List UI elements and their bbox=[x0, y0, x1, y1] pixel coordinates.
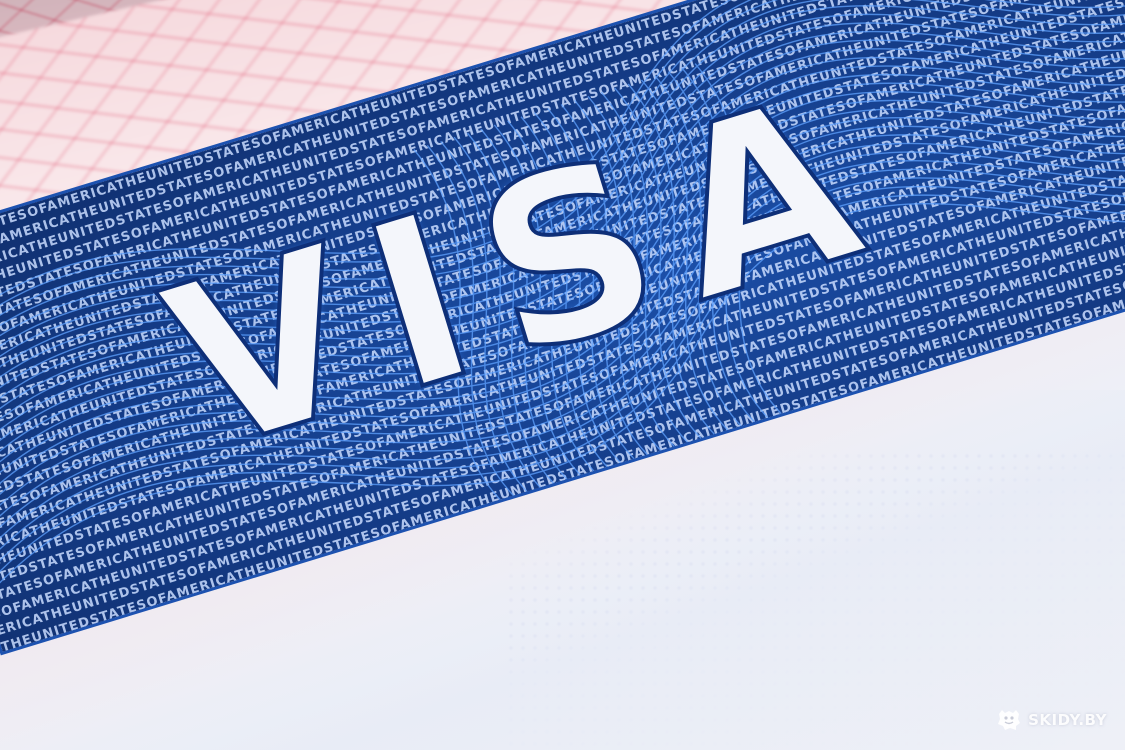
skidy-mascot-icon bbox=[996, 708, 1022, 732]
watermark-text: SKIDY.BY bbox=[1028, 711, 1107, 729]
visa-photo: THEUNITEDSTATESOFAMERICATHEUNITEDSTATESO… bbox=[0, 0, 1125, 750]
dot-pattern bbox=[505, 450, 1125, 750]
watermark: SKIDY.BY bbox=[996, 708, 1107, 732]
